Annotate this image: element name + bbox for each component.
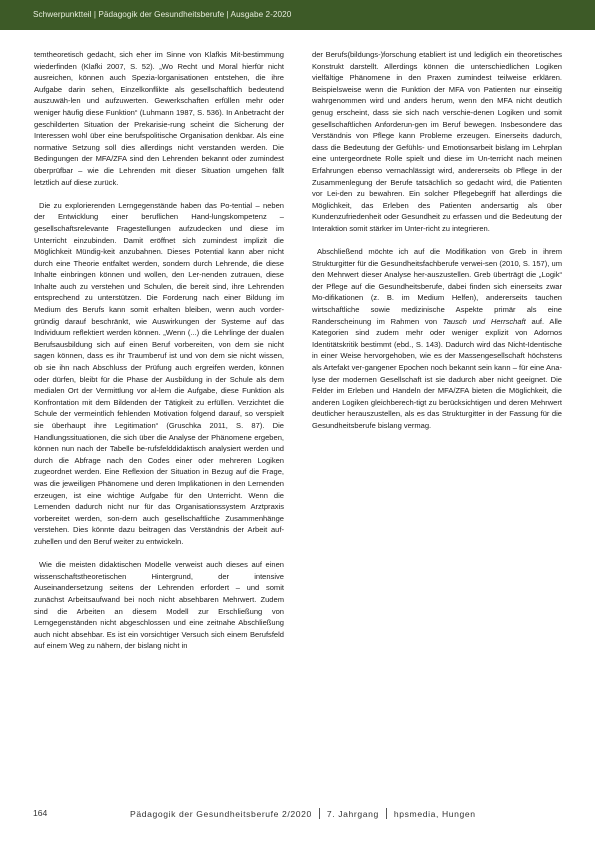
- paragraph: Die zu explorierenden Lerngegenstände ha…: [34, 200, 284, 548]
- paragraph: temtheoretisch gedacht, sich eher im Sin…: [34, 49, 284, 188]
- publisher: hpsmedia, Hungen: [394, 809, 476, 819]
- paragraph-text: Abschließend möchte ich auf die Modifika…: [312, 247, 562, 326]
- volume: 7. Jahrgang: [327, 809, 379, 819]
- paragraph: Abschließend möchte ich auf die Modifika…: [312, 246, 562, 432]
- paragraph: der Berufs(bildungs-)forschung etabliert…: [312, 49, 562, 235]
- left-column: temtheoretisch gedacht, sich eher im Sin…: [34, 49, 284, 652]
- emphasis-term: Tausch und Herrschaft: [443, 317, 526, 326]
- footer-citation: Pädagogik der Gesundheitsberufe 2/20207.…: [130, 808, 476, 819]
- divider: [386, 808, 387, 819]
- right-column: der Berufs(bildungs-)forschung etabliert…: [312, 49, 562, 432]
- paragraph: Wie die meisten didaktischen Modelle ver…: [34, 559, 284, 652]
- running-header-bar: Schwerpunktteil | Pädagogik der Gesundhe…: [0, 0, 595, 30]
- paragraph-text: auf. Alle Kategorien sind zudem mehr ode…: [312, 317, 562, 430]
- page-footer: 164 Pädagogik der Gesundheitsberufe 2/20…: [0, 808, 595, 822]
- page-number: 164: [33, 808, 47, 818]
- divider: [319, 808, 320, 819]
- journal-issue: Pädagogik der Gesundheitsberufe 2/2020: [130, 809, 312, 819]
- running-header-title: Schwerpunktteil | Pädagogik der Gesundhe…: [33, 10, 291, 19]
